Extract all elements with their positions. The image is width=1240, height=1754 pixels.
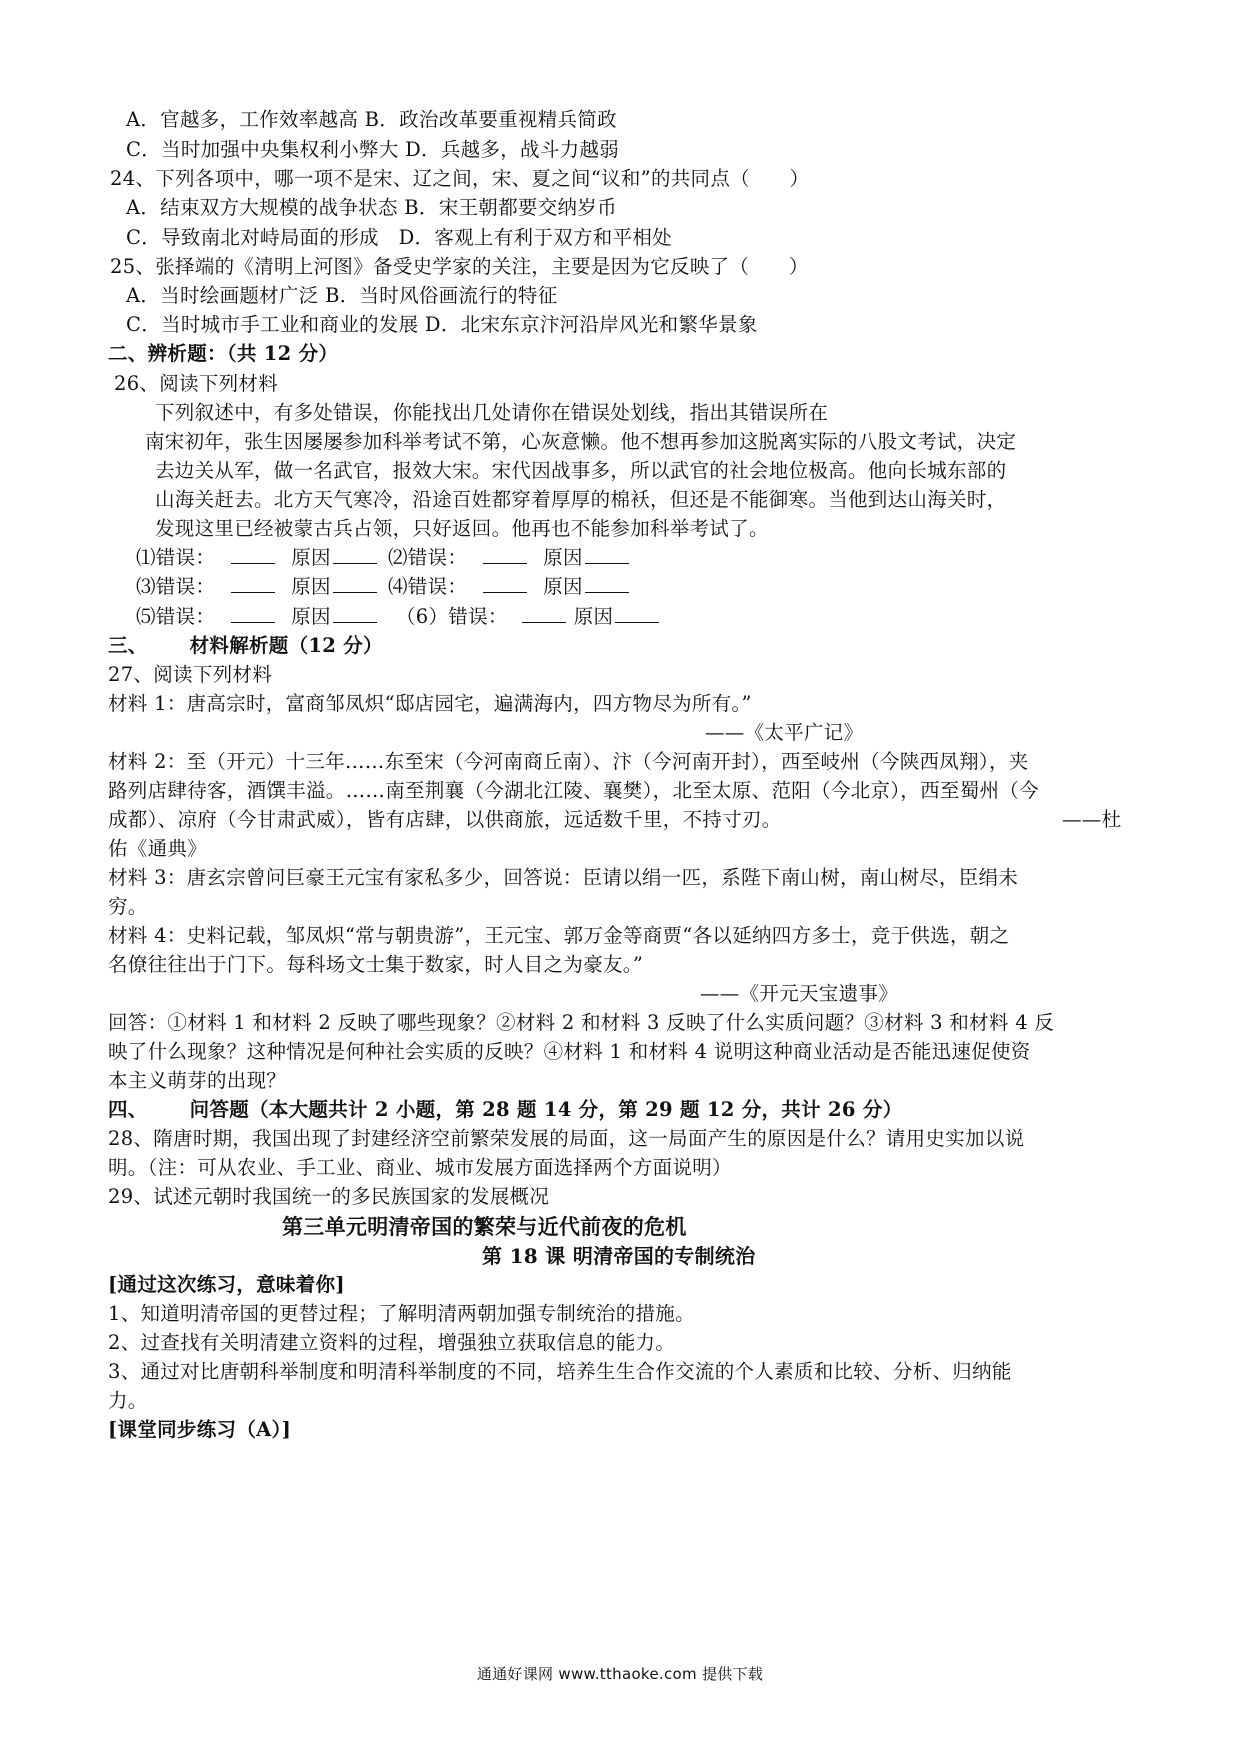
- q23-options-cd: C．当时加强中央集权利小弊大 D．兵越多，战斗力越弱: [126, 136, 619, 164]
- q25-stem: 25、张择端的《清明上河图》备受史学家的关注，主要是因为它反映了（ ）: [110, 253, 809, 281]
- q27-material-3-line-2: 穷。: [108, 893, 148, 921]
- goal-item-3-cont: 力。: [108, 1387, 148, 1415]
- error-blank[interactable]: [231, 604, 275, 623]
- section3-title: 材料解析题（12 分）: [190, 634, 383, 657]
- error-blank[interactable]: [522, 604, 566, 623]
- section4-heading: 四、问答题（本大题共计 2 小题，第 28 题 14 分，第 29 题 12 分…: [108, 1096, 902, 1124]
- q26-passage-line-3: 山海关赶去。北方天气寒冷，沿途百姓都穿着厚厚的棉袄，但还是不能御寒。当他到达山海…: [155, 486, 1006, 514]
- error-label: ⑸错误：: [136, 605, 215, 628]
- q27-material-4-line-2: 名僚往往出于门下。每科场文士集于数家，时人目之为豪友。”: [108, 951, 643, 979]
- section2-heading: 二、辨析题：（共 12 分）: [108, 340, 338, 368]
- error-label: ⑷错误：: [388, 575, 467, 598]
- q24-options-ab: A．结束双方大规模的战争状态 B．宋王朝都要交纳岁币: [126, 194, 617, 222]
- error-label: ⑶错误：: [136, 575, 215, 598]
- q27-material-2-line-2: 路列店肆待客，酒馔丰溢。……南至荆襄（今湖北江陵、襄樊），北至太原、范阳（今北京…: [108, 777, 1039, 805]
- q24-stem: 24、下列各项中，哪一项不是宋、辽之间，宋、夏之间“议和”的共同点（ ）: [110, 165, 809, 193]
- q26-answer-5: ⑸错误：原因: [136, 603, 379, 631]
- goal-item-3: 3、通过对比唐朝科举制度和明清科举制度的不同，培养生生合作交流的个人素质和比较、…: [108, 1358, 1012, 1386]
- reason-blank[interactable]: [585, 545, 629, 564]
- goal-item-1: 1、知道明清帝国的更替过程；了解明清两朝加强专制统治的措施。: [108, 1300, 695, 1328]
- reason-blank[interactable]: [615, 604, 659, 623]
- q26-passage-line-1: 南宋初年，张生因屡屡参加科举考试不第，心灰意懒。他不想再参加这脱离实际的八股文考…: [145, 428, 1016, 456]
- q27-answer-line-1: 回答：①材料 1 和材料 2 反映了哪些现象？②材料 2 和材料 3 反映了什么…: [108, 1009, 1054, 1037]
- reason-label: 原因: [543, 546, 583, 569]
- error-blank[interactable]: [483, 574, 527, 593]
- reason-blank[interactable]: [333, 574, 377, 593]
- q27-material-4-line-1: 材料 4：史料记载，邹凤炽“常与朝贵游”，王元宝、郭万金等商贾“各以延纳四方多士…: [108, 922, 1009, 950]
- document-page: A．官越多，工作效率越高 B．政治改革要重视精兵简政 C．当时加强中央集权利小弊…: [0, 0, 1240, 1754]
- q28-line-2: 明。（注：可从农业、手工业、商业、城市发展方面选择两个方面说明）: [108, 1154, 732, 1182]
- reason-label: 原因: [291, 575, 331, 598]
- q27-material-2-line-3: 成都）、凉府（今甘肃武威），皆有店肆，以供商旅，远适数千里，不持寸刃。: [108, 806, 782, 834]
- q27-material-2-source: 佑《通典》: [108, 835, 207, 863]
- reason-blank[interactable]: [333, 604, 377, 623]
- practice-heading: [课堂同步练习（A）]: [108, 1416, 291, 1444]
- q27-material-3-line-1: 材料 3：唐玄宗曾问巨豪王元宝有家私多少，回答说：臣请以绢一匹，系陛下南山树，南…: [108, 864, 1018, 892]
- q28-line-1: 28、隋唐时期，我国出现了封建经济空前繁荣发展的局面，这一局面产生的原因是什么？…: [108, 1125, 1024, 1153]
- q26-answer-1: ⑴错误：原因: [136, 544, 379, 572]
- error-label: ⑵错误：: [388, 546, 467, 569]
- q29-stem: 29、试述元朝时我国统一的多民族国家的发展概况: [108, 1183, 549, 1211]
- page-footer: 通通好课网 www.tthaoke.com 提供下载: [0, 1660, 1240, 1688]
- reason-blank[interactable]: [585, 574, 629, 593]
- q27-stem: 27、阅读下列材料: [108, 661, 272, 689]
- q27-material-1: 材料 1：唐高宗时，富商邹凤炽“邸店园宅，遍满海内，四方物尽为所有。”: [108, 690, 752, 718]
- reason-label: 原因: [291, 605, 331, 628]
- q25-options-ab: A．当时绘画题材广泛 B．当时风俗画流行的特征: [126, 282, 558, 310]
- q26-passage-line-2: 去边关从军，做一名武官，报效大宋。宋代因战事多，所以武官的社会地位极高。他向长城…: [155, 457, 1006, 485]
- unit-title: 第三单元明清帝国的繁荣与近代前夜的危机: [282, 1213, 687, 1241]
- error-blank[interactable]: [231, 574, 275, 593]
- section3-number: 三、: [108, 634, 148, 657]
- error-blank[interactable]: [231, 545, 275, 564]
- q23-options-ab: A．官越多，工作效率越高 B．政治改革要重视精兵简政: [126, 106, 617, 134]
- error-label: ⑴错误：: [136, 546, 215, 569]
- reason-label: 原因: [574, 605, 614, 628]
- section4-number: 四、: [108, 1098, 148, 1121]
- section3-heading: 三、材料解析题（12 分）: [108, 632, 383, 660]
- q25-options-cd: C．当时城市手工业和商业的发展 D．北宋东京汴河沿岸风光和繁华景象: [126, 311, 758, 339]
- q27-answer-line-3: 本主义萌芽的出现？: [108, 1067, 286, 1095]
- goal-item-2: 2、过查找有关明清建立资料的过程，增强独立获取信息的能力。: [108, 1329, 675, 1357]
- q26-answer-3: ⑶错误：原因: [136, 573, 379, 601]
- q27-material-4-source: ——《开元天宝遗事》: [700, 980, 898, 1008]
- q26-passage-line-4: 发现这里已经被蒙古兵占领，只好返回。他再也不能参加科举考试了。: [155, 515, 769, 543]
- error-label: （6）错误：: [396, 605, 508, 628]
- section4-title: 问答题（本大题共计 2 小题，第 28 题 14 分，第 29 题 12 分，共…: [190, 1098, 903, 1121]
- q27-material-1-source: ——《太平广记》: [705, 719, 863, 747]
- q24-options-cd: C．导致南北对峙局面的形成 D．客观上有利于双方和平相处: [126, 224, 672, 252]
- reason-blank[interactable]: [333, 545, 377, 564]
- q26-answer-4: ⑷错误：原因: [388, 573, 631, 601]
- q27-material-2-source-dash: ——杜: [1062, 806, 1121, 834]
- goals-heading: [通过这次练习，意味着你]: [108, 1271, 345, 1299]
- reason-label: 原因: [543, 575, 583, 598]
- q26-stem: 26、阅读下列材料: [114, 370, 278, 398]
- q26-answer-2: ⑵错误：原因: [388, 544, 631, 572]
- error-blank[interactable]: [483, 545, 527, 564]
- q27-answer-line-2: 映了什么现象？这种情况是何种社会实质的反映？④材料 1 和材料 4 说明这种商业…: [108, 1038, 1031, 1066]
- q27-material-2-line-1: 材料 2：至（开元）十三年……东至宋（今河南商丘南）、汴（今河南开封），西至岐州…: [108, 748, 1029, 776]
- q26-instruction: 下列叙述中，有多处错误，你能找出几处请你在错误处划线，指出其错误所在: [155, 399, 828, 427]
- reason-label: 原因: [291, 546, 331, 569]
- lesson-title: 第 18 课 明清帝国的专制统治: [482, 1242, 756, 1270]
- q26-answer-6: （6）错误：原因: [396, 603, 661, 631]
